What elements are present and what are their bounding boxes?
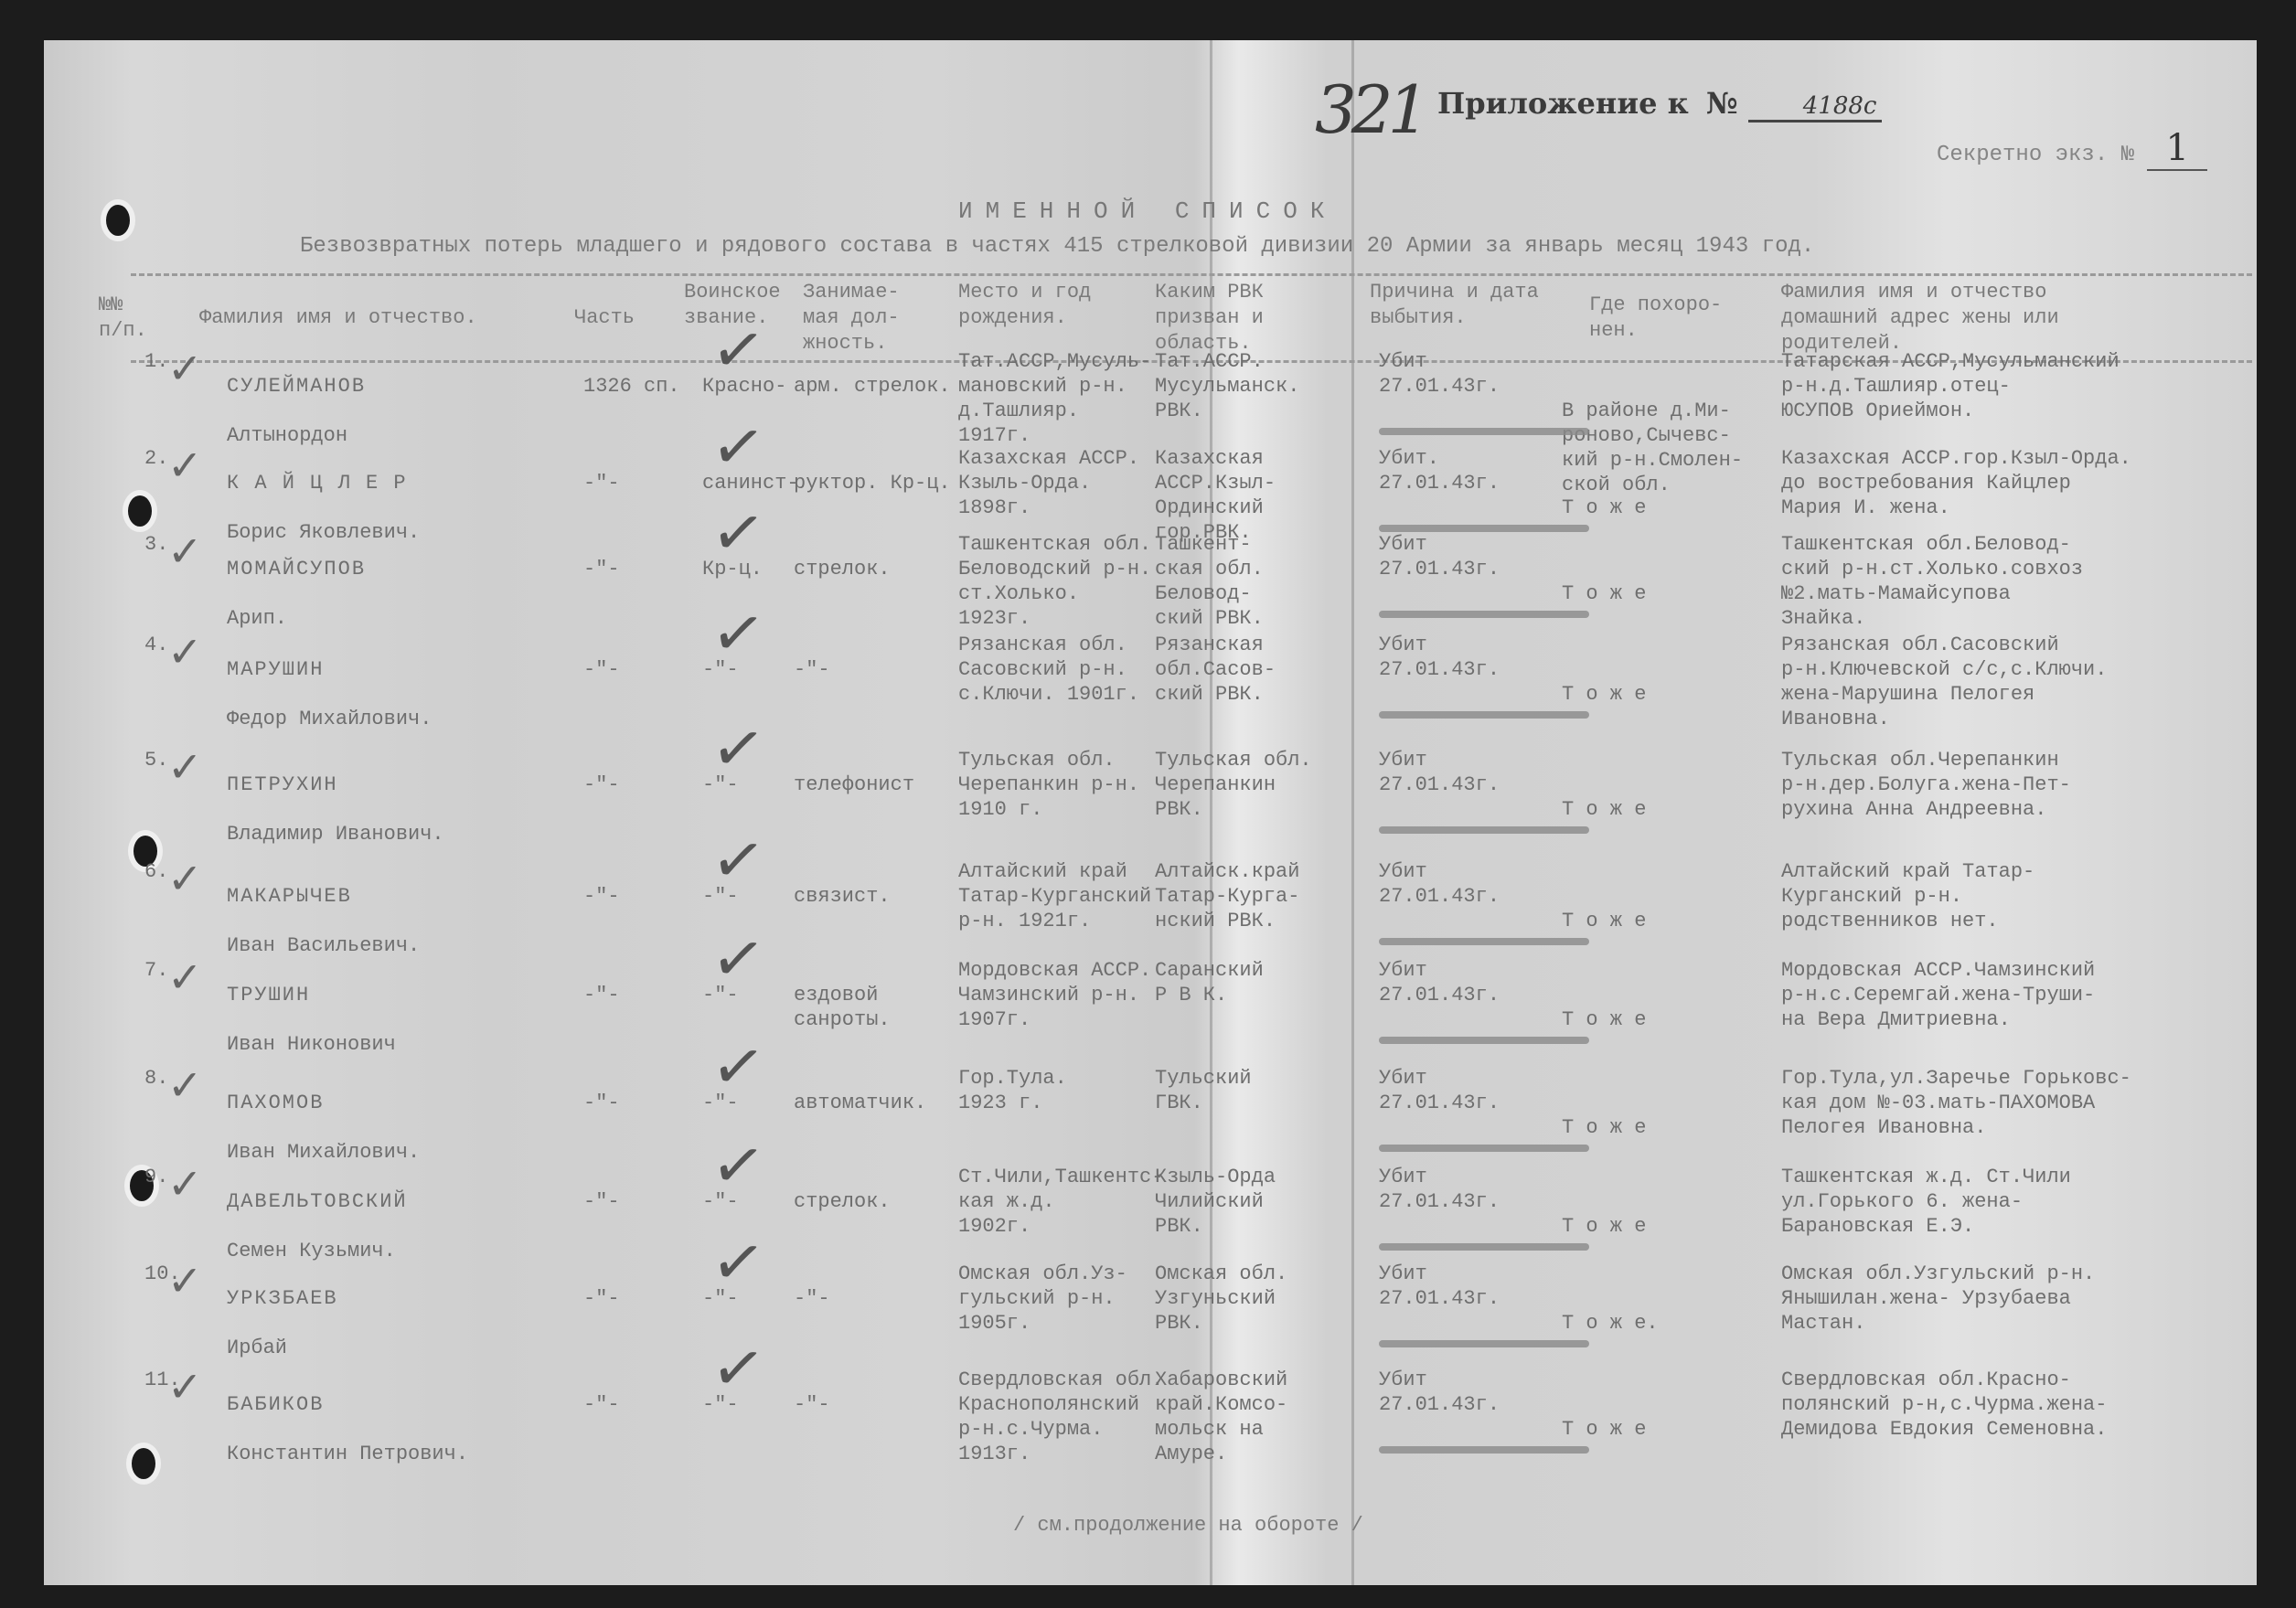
given-names: Иван Никонович [227, 1033, 396, 1056]
col-header-unit: Часть [574, 305, 635, 331]
given-names: Иван Васильевич. [227, 934, 420, 957]
cause-and-date: Убит 27.01.43г. [1379, 1066, 1500, 1115]
punch-hole [132, 1448, 155, 1479]
document-page: 321 Приложение к № 4188с Секретно экз. №… [44, 40, 2257, 1585]
page-fold-line [1351, 40, 1354, 1585]
position: телефонист [794, 772, 914, 797]
cause-and-date: Убит 27.01.43г. [1379, 1165, 1500, 1214]
row-number: 1. [144, 349, 168, 374]
unit: -"- [583, 884, 620, 909]
punch-hole [106, 205, 130, 236]
relatives-address: Ташкентская ж.д. Ст.Чили ул.Горького 6. … [1781, 1165, 2071, 1239]
given-names: Арип. [227, 607, 287, 630]
soldier-name: МОМАЙСУПОВ Арип. [227, 532, 366, 631]
pencil-checkmark-icon: ✓ [707, 1221, 770, 1303]
secrecy-label: Секретно экз. № [1937, 143, 2134, 167]
punch-hole [128, 495, 152, 527]
pencil-underline [1379, 1243, 1589, 1251]
position: стрелок. [794, 557, 891, 581]
pencil-underline [1379, 1446, 1589, 1454]
position: руктор. Кр-ц. [794, 471, 951, 495]
conscription-office: Тульская обл. Черепанкин РВК. [1155, 748, 1312, 822]
soldier-name: К А Й Ц Л Е Р Борис Яковлевич. [227, 446, 420, 545]
pencil-underline [1379, 1145, 1589, 1152]
unit: -"- [583, 557, 620, 581]
margin-checkmark-icon: ✓ [167, 627, 203, 676]
conscription-office: Омская обл. Узгуньский РВК. [1155, 1262, 1287, 1336]
soldier-name: СУЛЕЙМАНОВ Алтынордон [227, 349, 366, 448]
cause-and-date: Убит 27.01.43г. [1379, 532, 1500, 581]
margin-checkmark-icon: ✓ [167, 953, 203, 1002]
surname: ПЕТРУХИН [227, 772, 444, 797]
relatives-address: Тульская обл.Черепанкин р-н.дер.Болуга.ж… [1781, 748, 2071, 822]
unit: 1326 сп. [583, 374, 680, 399]
surname: МАКАРЫЧЕВ [227, 884, 420, 909]
secrecy-mark: Секретно экз. № 1 [1937, 127, 2207, 169]
pencil-underline [1379, 1037, 1589, 1044]
pencil-underline [1379, 1340, 1589, 1347]
position: стрелок. [794, 1189, 891, 1214]
unit: -"- [583, 1091, 620, 1115]
relatives-address: Алтайский край Татар- Курганский р-н. ро… [1781, 859, 2034, 933]
burial-place: Т о ж е [1562, 682, 1646, 707]
pencil-checkmark-icon: ✓ [707, 592, 770, 674]
soldier-name: ПЕТРУХИН Владимир Иванович. [227, 748, 444, 847]
conscription-office: Алтайск.край Татар-Курга- нский РВК. [1155, 859, 1299, 933]
unit: -"- [583, 983, 620, 1007]
unit: -"- [583, 471, 620, 495]
position: связист. [794, 884, 891, 909]
burial-place: Т о ж е. [1562, 1311, 1659, 1336]
conscription-office: Саранский Р В К. [1155, 958, 1264, 1007]
cause-and-date: Убит. 27.01.43г. [1379, 446, 1500, 495]
cause-and-date: Убит 27.01.43г. [1379, 859, 1500, 909]
header-rule-top [131, 273, 2252, 276]
birth-place-year: Мордовская АССР. Чамзинский р-н. 1907г. [958, 958, 1151, 1032]
birth-place-year: Ст.Чили,Ташкентс- кая ж.д. 1902г. [958, 1165, 1163, 1239]
birth-place-year: Алтайский край Татар-Курганский р-н. 192… [958, 859, 1151, 933]
relatives-address: Омская обл.Узгульский р-н. Янышилан.жена… [1781, 1262, 2095, 1336]
row-number: 3. [144, 532, 168, 557]
relatives-address: Казахская АССР.гор.Кзыл-Орда. до востреб… [1781, 446, 2131, 520]
surname: ТРУШИН [227, 983, 396, 1007]
relatives-address: Гор.Тула,ул.Заречье Горьковс- кая дом №-… [1781, 1066, 2131, 1140]
unit: -"- [583, 657, 620, 682]
col-header-cause: Причина и дата выбытия. [1370, 280, 1539, 331]
row-number: 7. [144, 958, 168, 983]
pencil-underline [1379, 611, 1589, 618]
relatives-address: Татарская АССР,Мусульманский р-н.д.Ташли… [1781, 349, 2120, 423]
margin-checkmark-icon: ✓ [167, 1362, 203, 1411]
row-number: 2. [144, 446, 168, 471]
burial-place: В районе д.Ми- роново,Сычевс- кий р-н.См… [1562, 399, 1743, 497]
soldier-name: МАРУШИН Федор Михайлович. [227, 633, 432, 731]
given-names: Алтынордон [227, 424, 347, 447]
position: -"- [794, 1286, 830, 1311]
conscription-office: Кзыль-Орда Чилийский РВК. [1155, 1165, 1276, 1239]
document-subtitle: Безвозвратных потерь младшего и рядового… [300, 234, 1814, 259]
pencil-checkmark-icon: ✓ [707, 1026, 770, 1107]
conscription-office: Хабаровский край.Комсо- мольск на Амуре. [1155, 1368, 1287, 1466]
unit: -"- [583, 772, 620, 797]
pencil-checkmark-icon: ✓ [707, 1327, 770, 1409]
pencil-checkmark-icon: ✓ [707, 819, 770, 900]
archive-page-number: 321 [1315, 71, 1424, 148]
pencil-underline [1379, 938, 1589, 945]
birth-place-year: Ташкентская обл. Беловодский р-н. ст.Хол… [958, 532, 1151, 631]
col-header-birth: Место и год рождения. [958, 280, 1091, 331]
conscription-office: Ташкент- ская обл. Беловод- ский РВК. [1155, 532, 1264, 631]
margin-checkmark-icon: ✓ [167, 742, 203, 792]
birth-place-year: Омская обл.Уз- гульский р-н. 1905г. [958, 1262, 1127, 1336]
burial-place: Т о ж е [1562, 1115, 1646, 1140]
burial-place: Т о ж е [1562, 581, 1646, 606]
birth-place-year: Тат.АССР,Мусуль- мановский р-н. д.Ташлия… [958, 349, 1151, 448]
appendix-label: Приложение к [1437, 86, 1689, 121]
margin-checkmark-icon: ✓ [167, 1159, 203, 1209]
cause-and-date: Убит 27.01.43г. [1379, 958, 1500, 1007]
unit: -"- [583, 1286, 620, 1311]
col-header-burial: Где похоро- нен. [1589, 293, 1722, 344]
soldier-name: УРКЗБАЕВ Ирбай [227, 1262, 338, 1360]
relatives-address: Мордовская АССР.Чамзинский р-н.с.Серемга… [1781, 958, 2095, 1032]
soldier-name: МАКАРЫЧЕВ Иван Васильевич. [227, 859, 420, 958]
row-number: 9. [144, 1165, 168, 1189]
soldier-name: ДАВЕЛЬТОВСКИЙ Семен Кузьмич. [227, 1165, 408, 1263]
pencil-checkmark-icon: ✓ [707, 708, 770, 789]
row-number: 6. [144, 859, 168, 884]
position: ездовой санроты. [794, 983, 891, 1032]
birth-place-year: Тульская обл. Черепанкин р-н. 1910 г. [958, 748, 1139, 822]
pencil-checkmark-icon: ✓ [707, 492, 770, 573]
appendix-number: 4188с [1748, 92, 1883, 122]
soldier-name: ПАХОМОВ Иван Михайлович. [227, 1066, 420, 1165]
pencil-underline [1379, 525, 1589, 532]
conscription-office: Казахская АССР.Кзыл- Ординский гор.РВК. [1155, 446, 1276, 545]
conscription-office: Рязанская обл.Сасов- ский РВК. [1155, 633, 1276, 707]
surname: ПАХОМОВ [227, 1091, 420, 1115]
surname: МАРУШИН [227, 657, 432, 682]
burial-place: Т о ж е [1562, 1007, 1646, 1032]
row-number: 8. [144, 1066, 168, 1091]
cause-and-date: Убит 27.01.43г. [1379, 1368, 1500, 1417]
burial-place: Т о ж е [1562, 1417, 1646, 1442]
soldier-name: БАБИКОВ Константин Петрович. [227, 1368, 468, 1466]
margin-checkmark-icon: ✓ [167, 527, 203, 576]
birth-place-year: Казахская АССР. Кзыль-Орда. 1898г. [958, 446, 1139, 520]
burial-place: Т о ж е [1562, 797, 1646, 822]
pencil-checkmark-icon: ✓ [707, 1124, 770, 1206]
col-header-rvk: Каким РВК призван и область. [1155, 280, 1264, 357]
margin-checkmark-icon: ✓ [167, 1256, 203, 1305]
col-header-position: Занимае- мая дол- жность. [803, 280, 900, 357]
margin-checkmark-icon: ✓ [167, 441, 203, 490]
surname: МОМАЙСУПОВ [227, 557, 366, 581]
unit: -"- [583, 1392, 620, 1417]
burial-place: Т о ж е [1562, 495, 1646, 520]
given-names: Константин Петрович. [227, 1443, 468, 1465]
margin-checkmark-icon: ✓ [167, 854, 203, 903]
surname: К А Й Ц Л Е Р [227, 471, 420, 495]
cause-and-date: Убит 27.01.43г. [1379, 349, 1500, 399]
margin-checkmark-icon: ✓ [167, 1060, 203, 1110]
given-names: Иван Михайлович. [227, 1141, 420, 1164]
copy-number: 1 [2147, 127, 2206, 171]
document-title: ИМЕННОЙ СПИСОК [958, 197, 1337, 225]
unit: -"- [583, 1189, 620, 1214]
surname: СУЛЕЙМАНОВ [227, 374, 366, 399]
cause-and-date: Убит 27.01.43г. [1379, 1262, 1500, 1311]
birth-place-year: Рязанская обл. Сасовский р-н. с.Ключи. 1… [958, 633, 1139, 707]
conscription-office: Тульский ГВК. [1155, 1066, 1252, 1115]
margin-checkmark-icon: ✓ [167, 344, 203, 393]
pencil-underline [1379, 428, 1589, 435]
col-header-name: Фамилия имя и отчество. [199, 305, 477, 331]
position: автоматчик. [794, 1091, 926, 1115]
surname: УРКЗБАЕВ [227, 1286, 338, 1311]
col-header-number: №№ п/п. [99, 293, 147, 344]
position: -"- [794, 1392, 830, 1417]
given-names: Федор Михайлович. [227, 708, 432, 730]
row-number: 5. [144, 748, 168, 772]
pencil-checkmark-icon: ✓ [707, 406, 770, 487]
cause-and-date: Убит 27.01.43г. [1379, 633, 1500, 682]
conscription-office: Тат.АССР. Мусульманск. РВК. [1155, 349, 1299, 423]
burial-place: Т о ж е [1562, 1214, 1646, 1239]
burial-place: Т о ж е [1562, 909, 1646, 933]
relatives-address: Ташкентская обл.Беловод- ский р-н.ст.Хол… [1781, 532, 2083, 631]
relatives-address: Свердловская обл.Красно- полянский р-н,с… [1781, 1368, 2107, 1442]
birth-place-year: Свердловская обл. Краснополянский р-н.с.… [958, 1368, 1163, 1466]
relatives-address: Рязанская обл.Сасовский р-н.Ключевской с… [1781, 633, 2107, 731]
pencil-underline [1379, 826, 1589, 834]
pencil-checkmark-icon: ✓ [707, 309, 770, 390]
birth-place-year: Гор.Тула. 1923 г. [958, 1066, 1067, 1115]
position: -"- [794, 657, 830, 682]
given-names: Владимир Иванович. [227, 823, 444, 846]
soldier-name: ТРУШИН Иван Никонович [227, 958, 396, 1057]
surname: ДАВЕЛЬТОВСКИЙ [227, 1189, 408, 1214]
continuation-note: / см.продолжение на обороте / [1013, 1514, 1363, 1537]
given-names: Семен Кузьмич. [227, 1240, 396, 1262]
pencil-checkmark-icon: ✓ [707, 918, 770, 999]
surname: БАБИКОВ [227, 1392, 468, 1417]
number-sign: № [1706, 86, 1738, 121]
col-header-relatives: Фамилия имя и отчество домашний адрес же… [1781, 280, 2059, 357]
given-names: Ирбай [227, 1336, 287, 1359]
appendix-reference: Приложение к № 4188с [1437, 86, 1882, 121]
row-number: 4. [144, 633, 168, 657]
position: арм. стрелок. [794, 374, 951, 399]
cause-and-date: Убит 27.01.43г. [1379, 748, 1500, 797]
pencil-underline [1379, 711, 1589, 719]
